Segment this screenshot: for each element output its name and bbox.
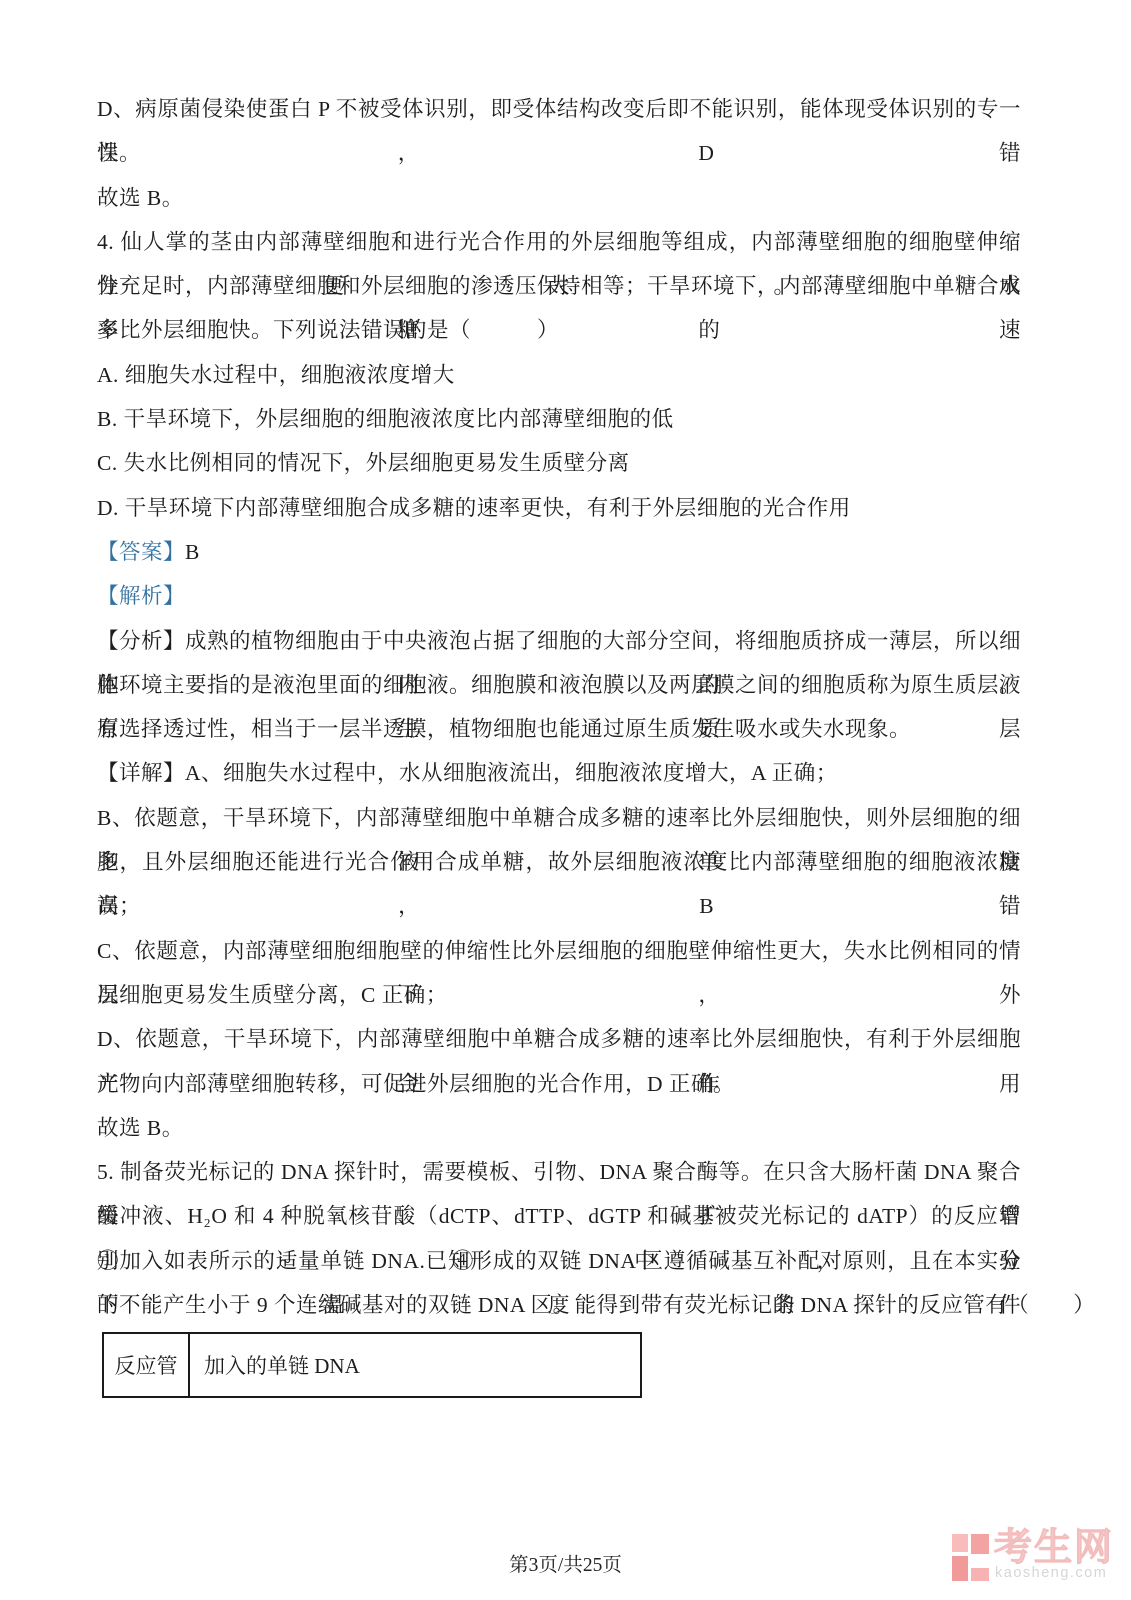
q5-stem-line-1: 5. 制备荧光标记的 DNA 探针时，需要模板、引物、DNA 聚合酶等。在只含大… <box>97 1150 1021 1194</box>
q3-option-d-explanation-line-1: D、病原菌侵染使蛋白 P 不被受体识别，即受体结构改变后即不能识别，能体现受体识… <box>97 87 1021 131</box>
q4-analysis-heading: 【解析】 <box>97 574 1021 618</box>
kaosheng-logo-icon <box>971 1568 989 1581</box>
q4-detail-line-c-1: C、依题意，内部薄壁细胞细胞壁的伸缩性比外层细胞的细胞壁伸缩性更大，失水比例相同… <box>97 929 1021 973</box>
q5-stem-line-4: 下不能产生小于 9 个连续碱基对的双链 DNA 区。能得到带有荧光标记的 DNA… <box>97 1283 1021 1327</box>
q5-stem-line-2: 缓冲液、H₂O 和 4 种脱氧核苷酸（dCTP、dTTP、dGTP 和碱基被荧光… <box>97 1194 1021 1238</box>
q4-conclusion-line: 故选 B。 <box>97 1106 1021 1150</box>
q4-detail-line-d-1: D、依题意，干旱环境下，内部薄壁细胞中单糖合成多糖的速率比外层细胞快，有利于外层… <box>97 1017 1021 1061</box>
kaosheng-brand-domain: kaosheng.com <box>995 1565 1107 1581</box>
kaosheng-logo-icon <box>971 1534 989 1554</box>
q4-detail-line-b-2: 多，且外层细胞还能进行光合作用合成单糖，故外层细胞液浓度比内部薄壁细胞的细胞液浓… <box>97 840 1021 884</box>
kaosheng-logo-icon <box>952 1556 968 1581</box>
kaosheng-brand-cn: 考生网 <box>994 1526 1114 1570</box>
q4-analysis-line-3: 有选择透过性，相当于一层半透膜，植物细胞也能通过原生质发生吸水或失水现象。 <box>97 707 1021 751</box>
q4-analysis-line-1: 【分析】成熟的植物细胞由于中央液泡占据了细胞的大部分空间，将细胞质挤成一薄层，所… <box>97 619 1021 663</box>
q4-detail-line-b-1: B、依题意，干旱环境下，内部薄壁细胞中单糖合成多糖的速率比外层细胞快，则外层细胞… <box>97 796 1021 840</box>
q4-option-b: B. 干旱环境下，外层细胞的细胞液浓度比内部薄壁细胞的低 <box>97 397 1021 441</box>
q4-option-c: C. 失水比例相同的情况下，外层细胞更易发生质壁分离 <box>97 441 1021 485</box>
q5-stem-line-3: 别加入如表所示的适量单链 DNA.已知形成的双链 DNA 区遵循碱基互补配对原则… <box>97 1239 1021 1283</box>
q4-stem-line-1: 4. 仙人掌的茎由内部薄壁细胞和进行光合作用的外层细胞等组成，内部薄壁细胞的细胞… <box>97 220 1021 264</box>
q4-answer-line: 【答案】B <box>97 530 1021 574</box>
q5-table-header-dna: 加入的单链 DNA <box>190 1334 640 1396</box>
document-body: D、病原菌侵染使蛋白 P 不被受体识别，即受体结构改变后即不能识别，能体现受体识… <box>97 87 1021 1327</box>
q4-option-a: A. 细胞失水过程中，细胞液浓度增大 <box>97 353 1021 397</box>
q4-option-d: D. 干旱环境下内部薄壁细胞合成多糖的速率更快，有利于外层细胞的光合作用 <box>97 486 1021 530</box>
q4-stem-line-2: 分充足时，内部薄壁细胞和外层细胞的渗透压保持相等；干旱环境下，内部薄壁细胞中单糖… <box>97 264 1021 308</box>
kaosheng-logo-icon <box>952 1534 968 1552</box>
q5-reaction-tube-table: 反应管 加入的单链 DNA <box>102 1332 642 1398</box>
q4-analysis-line-2: 体环境主要指的是液泡里面的细胞液。细胞膜和液泡膜以及两层膜之间的细胞质称为原生质… <box>97 663 1021 707</box>
q4-detail-line-a: 【详解】A、细胞失水过程中，水从细胞液流出，细胞液浓度增大，A 正确； <box>97 751 1021 795</box>
kaosheng-watermark: 考生网 kaosheng.com <box>948 1528 1131 1588</box>
q3-conclusion-line: 故选 B。 <box>97 176 1021 220</box>
q5-table-header-tube: 反应管 <box>104 1334 190 1396</box>
document-page: D、病原菌侵染使蛋白 P 不被受体识别，即受体结构改变后即不能识别，能体现受体识… <box>0 0 1131 1600</box>
